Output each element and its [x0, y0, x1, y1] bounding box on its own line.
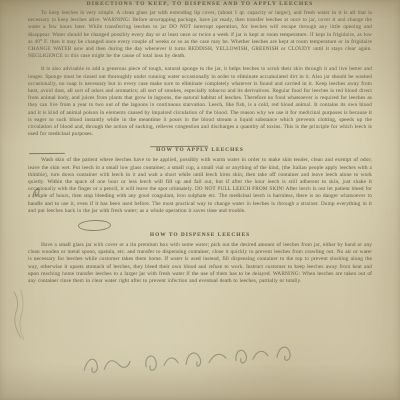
handwritten-signature: [77, 340, 322, 382]
paragraph-keeping-2: It is also advisable to add a generous p…: [28, 66, 372, 138]
paragraph-keeping-1: To keep leeches is very simple. A clean …: [28, 10, 372, 60]
document-text-block: DIRECTIONS TO KEEP, TO DISPENSE AND TO A…: [28, 0, 372, 285]
paragraph-apply: Wash skin of the patient where leeches h…: [28, 157, 372, 215]
heading-how-to-dispense: HOW TO DISPENSE LEECHES: [28, 232, 372, 238]
document-title: DIRECTIONS TO KEEP, TO DISPENSE AND TO A…: [28, 0, 372, 7]
scanned-document-page: DIRECTIONS TO KEEP, TO DISPENSE AND TO A…: [0, 0, 400, 400]
heading-how-to-apply: HOW TO APPLY LEECHES: [28, 147, 372, 153]
margin-scribble: [9, 288, 29, 346]
paragraph-dispense: Have a small glass jar with cover or a t…: [28, 242, 372, 285]
pen-check-mark: [30, 186, 44, 200]
